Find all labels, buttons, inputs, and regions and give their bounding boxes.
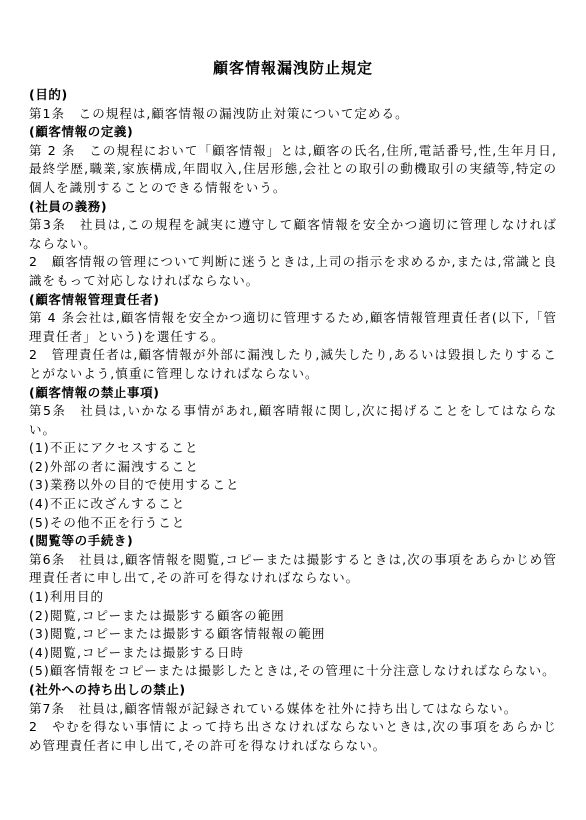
section-heading-info-manager: (顧客情報管理責任者) — [29, 291, 557, 310]
document-body: (目的) 第1条 この規程は,顧客情報の漏洩防止対策について定める。 (顧客情報… — [0, 86, 586, 755]
article-7-clause-2-text: 2 やむを得ない事情によって持ち出さなければならないときは,次の事項をあらかじめ… — [29, 718, 557, 755]
prohibition-item-1: (1)不正にアクセスすること — [29, 439, 557, 458]
procedure-item-2: (2)閲覧,コピーまたは撮影する顧客の範囲 — [29, 607, 557, 626]
section-heading-prohibitions: (顧客情報の禁止事項) — [29, 384, 557, 403]
prohibition-item-2: (2)外部の者に漏洩すること — [29, 458, 557, 477]
article-7-text: 第7条 社員は,顧客情報が記録されている媒体を社外に持ち出してはならない。 — [29, 700, 557, 719]
procedure-item-3: (3)閲覧,コピーまたは撮影する顧客情報報の範囲 — [29, 625, 557, 644]
procedure-item-5: (5)顧客情報をコピーまたは撮影したときは,その管理に十分注意しなければならない… — [29, 662, 557, 681]
section-heading-viewing-procedure: (閲覧等の手続き) — [29, 532, 557, 551]
article-4-clause-2-text: 2 管理責任者は,顧客情報が外部に漏洩したり,滅失したり,あるいは毀損したりする… — [29, 346, 557, 383]
section-info-manager: (顧客情報管理責任者) 第 4 条会社は,顧客情報を安全かつ適切に管理するため,… — [29, 291, 557, 384]
document-title: 顧客情報漏洩防止規定 — [0, 57, 586, 79]
article-1-text: 第1条 この規程は,顧客情報の漏洩防止対策について定める。 — [29, 105, 557, 124]
prohibition-item-5: (5)その他不正を行うこと — [29, 514, 557, 533]
section-employee-duty: (社員の義務) 第3条 社員は,この規程を誠実に遵守して顧客情報を安全かつ適切に… — [29, 198, 557, 291]
section-heading-definition: (顧客情報の定義) — [29, 123, 557, 142]
section-heading-purpose: (目的) — [29, 86, 557, 105]
section-purpose: (目的) 第1条 この規程は,顧客情報の漏洩防止対策について定める。 — [29, 86, 557, 123]
article-3-clause-2-text: 2 顧客情報の管理について判断に迷うときは,上司の指示を求めるか,または,常識と… — [29, 253, 557, 290]
section-definition: (顧客情報の定義) 第 2 条 この規程において「顧客情報」とは,顧客の氏名,住… — [29, 123, 557, 197]
procedure-item-1: (1)利用目的 — [29, 588, 557, 607]
article-3-text: 第3条 社員は,この規程を誠実に遵守して顧客情報を安全かつ適切に管理しなければな… — [29, 216, 557, 253]
section-viewing-procedure: (閲覧等の手続き) 第6条 社員は,顧客情報を閲覧,コピーまたは撮影するときは,… — [29, 532, 557, 681]
procedure-item-4: (4)閲覧,コピーまたは撮影する日時 — [29, 644, 557, 663]
article-5-text: 第5条 社員は,いかなる事情があれ,顧客晴報に関し,次に掲げることをしてはならな… — [29, 402, 557, 439]
section-heading-employee-duty: (社員の義務) — [29, 198, 557, 217]
article-4-text: 第 4 条会社は,顧客情報を安全かつ適切に管理するため,顧客情報管理責任者(以下… — [29, 309, 557, 346]
section-takeout-ban: (社外への持ち出しの禁止) 第7条 社員は,顧客情報が記録されている媒体を社外に… — [29, 681, 557, 755]
document-page: 顧客情報漏洩防止規定 (目的) 第1条 この規程は,顧客情報の漏洩防止対策につい… — [0, 0, 586, 820]
article-2-text: 第 2 条 この規程において「顧客情報」とは,顧客の氏名,住所,電話番号,性,生… — [29, 142, 557, 198]
section-heading-takeout-ban: (社外への持ち出しの禁止) — [29, 681, 557, 700]
section-prohibitions: (顧客情報の禁止事項) 第5条 社員は,いかなる事情があれ,顧客晴報に関し,次に… — [29, 384, 557, 533]
prohibition-item-4: (4)不正に改ざんすること — [29, 495, 557, 514]
prohibition-item-3: (3)業務以外の目的で使用すること — [29, 476, 557, 495]
article-6-text: 第6条 社員は,顧客情報を閲覧,コピーまたは撮影するときは,次の事項をあらかじめ… — [29, 551, 557, 588]
